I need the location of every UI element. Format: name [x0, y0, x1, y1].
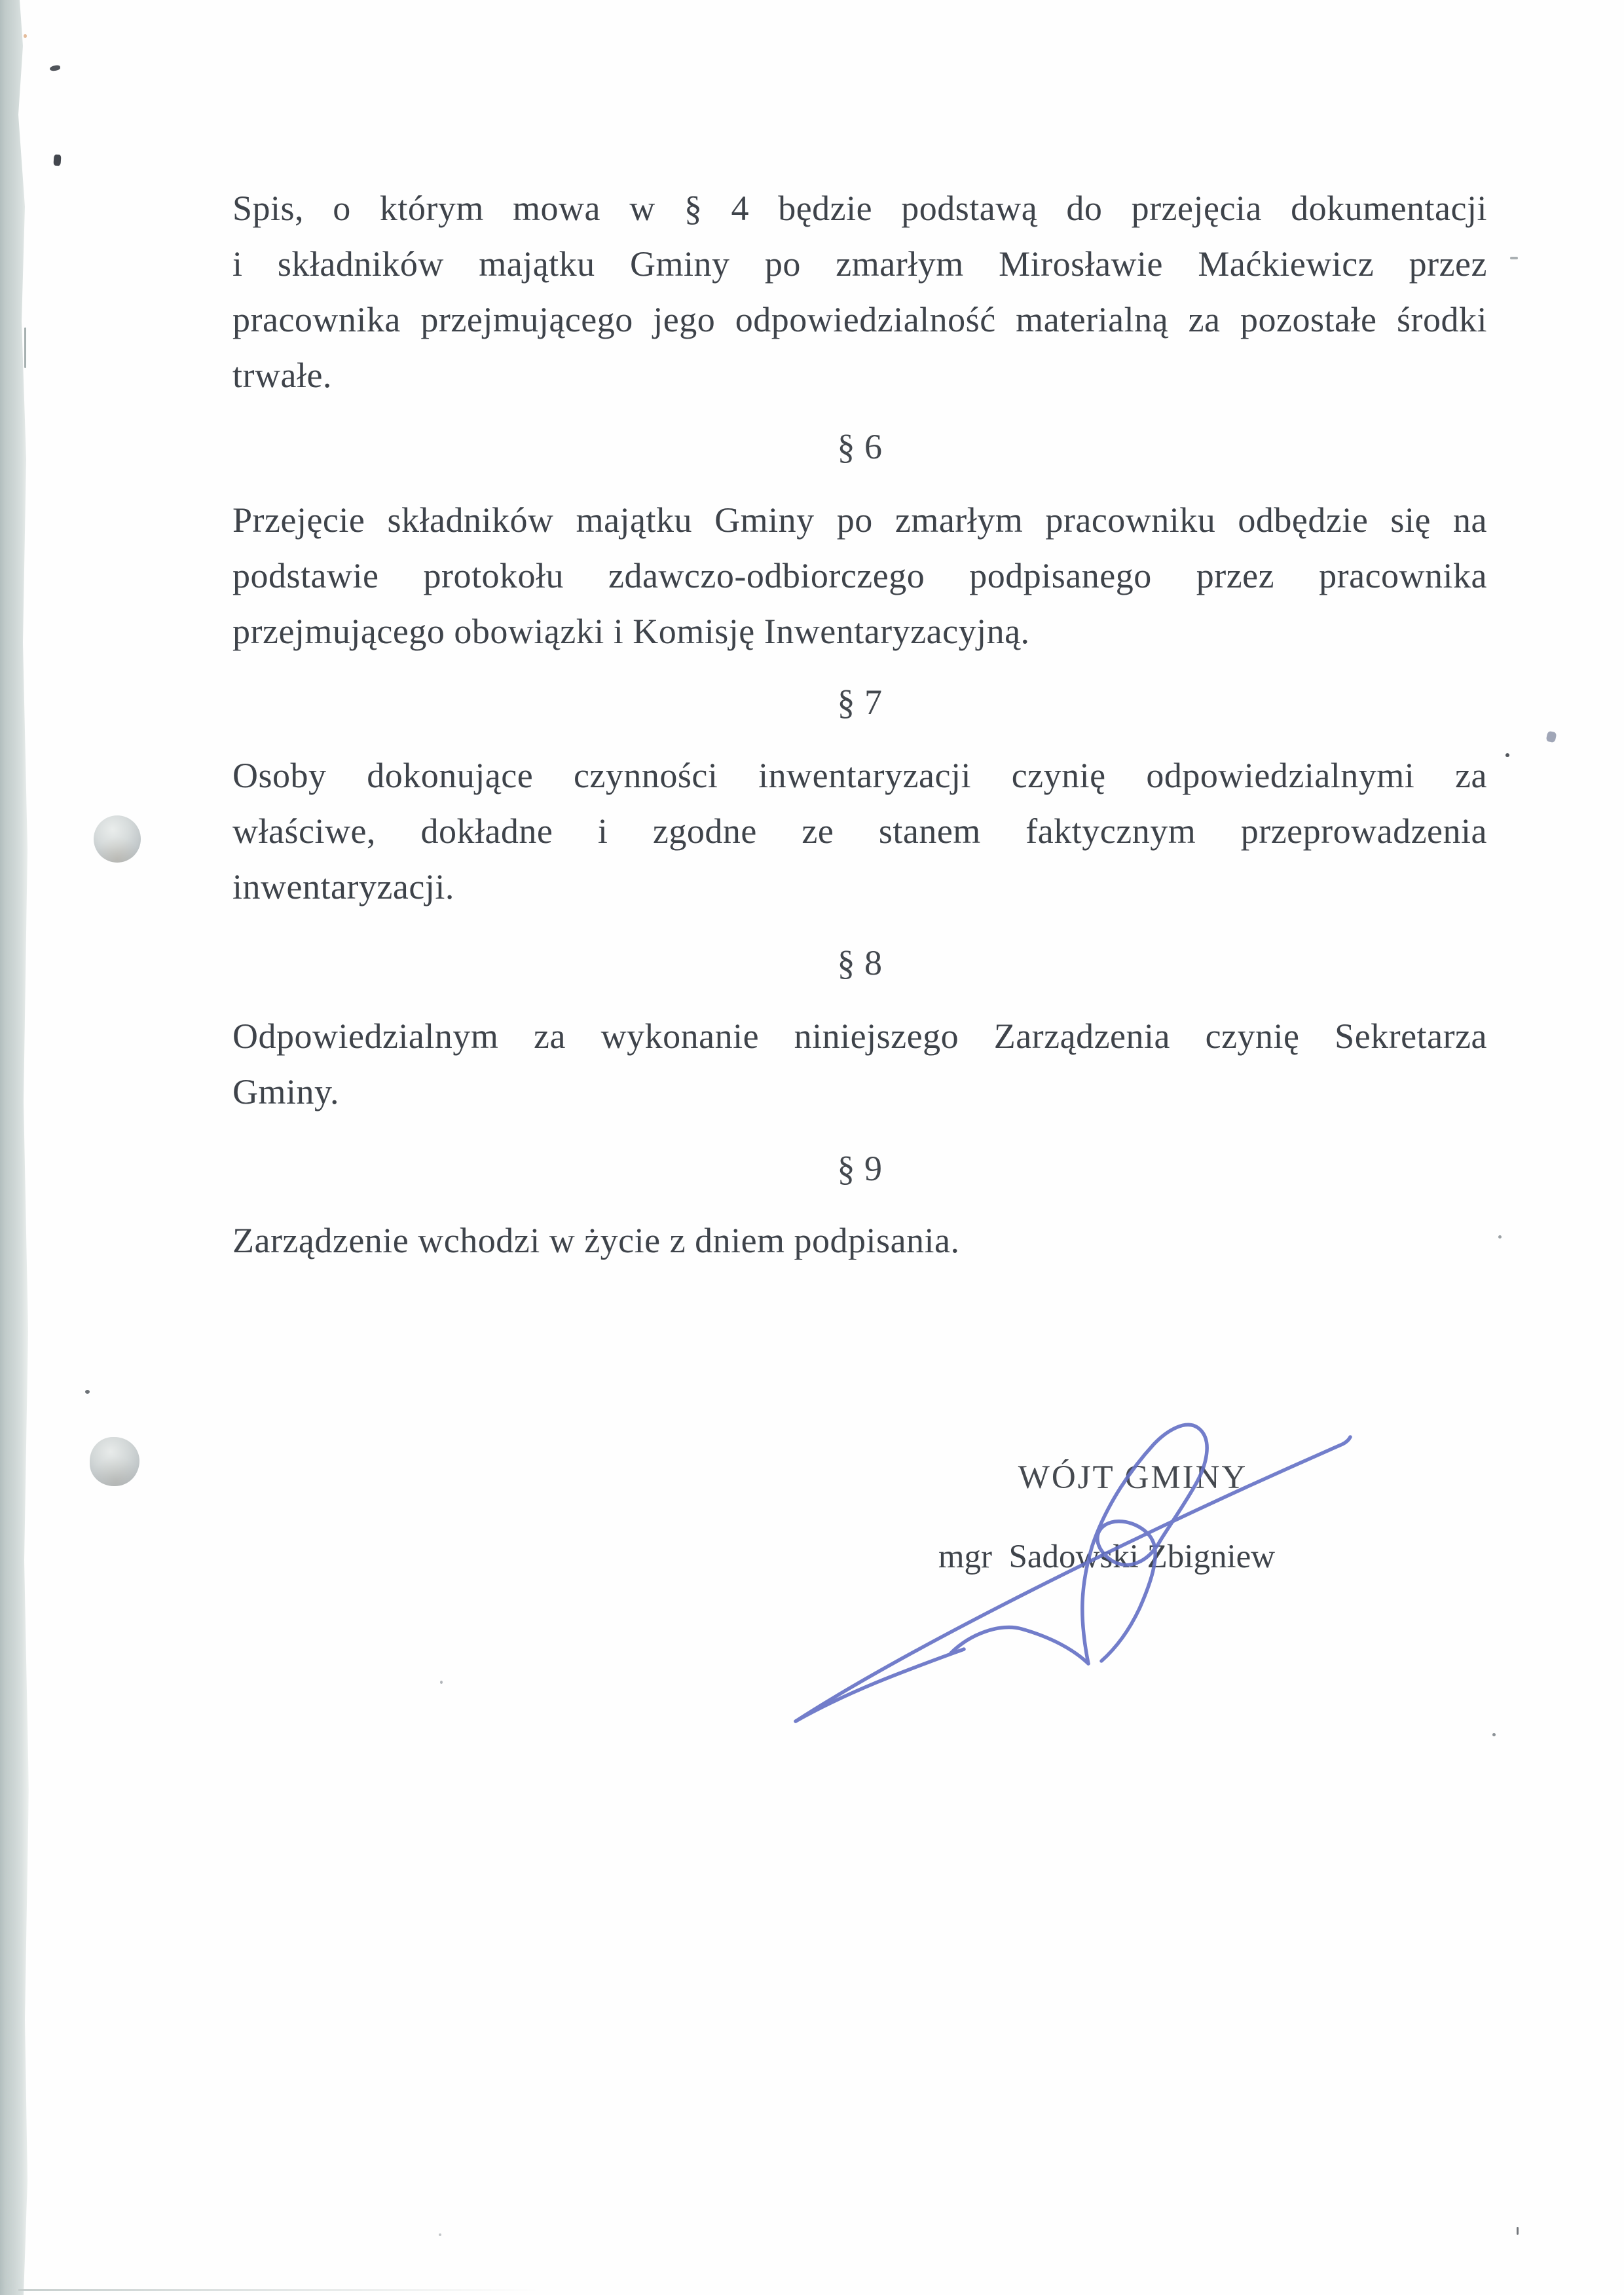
paragraph-section-8: Odpowiedzialnym za wykonanie niniejszego… — [232, 1009, 1487, 1120]
scan-speck — [50, 65, 61, 71]
scan-speck — [440, 1681, 443, 1684]
text-line: pracownika przejmującego jego odpowiedzi… — [232, 292, 1487, 348]
scan-speck — [1517, 2227, 1519, 2235]
scanned-document-page: Spis, o którym mowa w § 4 będzie podstaw… — [0, 0, 1624, 2295]
scan-edge-line — [24, 327, 26, 368]
text-line: Przejęcie składników majątku Gminy po zm… — [232, 493, 1487, 548]
scan-speck — [439, 2233, 441, 2236]
text-line: i składników majątku Gminy po zmarłym Mi… — [232, 236, 1487, 292]
binder-hole-top — [94, 815, 141, 863]
section-heading-6: § 6 — [232, 419, 1487, 475]
scan-speck — [1510, 257, 1518, 259]
scan-speck — [1492, 1733, 1496, 1736]
paragraph-section-6: Przejęcie składników majątku Gminy po zm… — [232, 493, 1487, 660]
text-line: Spis, o którym mowa w § 4 będzie podstaw… — [232, 181, 1487, 236]
scan-speck — [53, 155, 61, 166]
section-heading-9: § 9 — [232, 1141, 1487, 1197]
signature-title: WÓJT GMINY — [999, 1458, 1267, 1497]
text-line: Osoby dokonujące czynności inwentaryzacj… — [232, 748, 1487, 804]
text-line: właściwe, dokładne i zgodne ze stanem fa… — [232, 804, 1487, 859]
text-line: Odpowiedzialnym za wykonanie niniejszego… — [232, 1009, 1487, 1064]
paragraph-section-7: Osoby dokonujące czynności inwentaryzacj… — [232, 748, 1487, 915]
scan-speck — [1545, 731, 1557, 743]
signature-name: mgr Sadowski Zbigniew — [897, 1537, 1316, 1577]
text-line: Zarządzenie wchodzi w życie z dniem podp… — [232, 1213, 1487, 1269]
section-heading-8: § 8 — [232, 935, 1487, 991]
scan-speck — [1505, 753, 1509, 757]
binder-hole-bottom — [90, 1437, 139, 1486]
section-heading-7: § 7 — [232, 675, 1487, 730]
paragraph-section-9: Zarządzenie wchodzi w życie z dniem podp… — [232, 1213, 1487, 1269]
paragraph-intro: Spis, o którym mowa w § 4 będzie podstaw… — [232, 181, 1487, 403]
scan-speck — [1498, 1235, 1502, 1239]
scan-speck — [24, 34, 27, 38]
text-line: podstawie protokołu zdawczo-odbiorczego … — [232, 548, 1487, 604]
scan-speck — [85, 1390, 90, 1394]
document-body: Spis, o którym mowa w § 4 będzie podstaw… — [232, 181, 1487, 1269]
scan-bottom-edge — [18, 2289, 542, 2291]
